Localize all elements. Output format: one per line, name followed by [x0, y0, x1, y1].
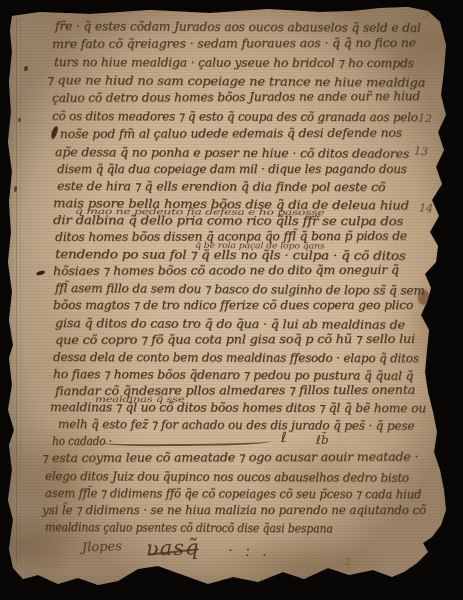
margin-number-14: 14 — [419, 202, 434, 216]
manuscript-line: cõ os ditos meadores ⁊ q̃ esto q̃ coupa … — [52, 110, 418, 124]
corner-mark: 2 — [345, 558, 351, 568]
manuscript-line: turs no hiue mealdiga · çaluo yseue ho b… — [54, 56, 414, 70]
manuscript-line: mre fato cõ q̃reiagres · sedam fuoraues … — [52, 37, 416, 51]
manuscript-line: este de hira ⁊ q̃ ells erendion q̃ dia f… — [57, 180, 385, 194]
manuscript-page: fr̃e · q̃ estes cõdam Jurados aos oucos … — [0, 0, 463, 600]
manuscript-line: asem ffl̃e ⁊ didimens ffõ q̃e cõ copeiag… — [45, 487, 421, 501]
manuscript-line: ⁊ que ne hiud no sam copeiage ne trance … — [47, 74, 425, 89]
manuscript-line: mealdinas ⁊ q̃l uo cõ ditos bõos homes d… — [50, 401, 426, 415]
folio-number: 3 — [423, 10, 429, 21]
photo-background: fr̃e · q̃ estes cõdam Jurados aos oucos … — [0, 0, 463, 600]
manuscript-line: gisa q̃ ditos do caso tro q̃ do q̃ua · q… — [55, 317, 405, 331]
manuscript-line: melh q̃ esto fez̃ ⁊ for achado ou des di… — [58, 418, 414, 432]
divider-glyph-right: ℓb̃ — [316, 433, 329, 447]
manuscript-line: fr̃e · q̃ estes cõdam Jurados aos oucos … — [55, 20, 421, 34]
manuscript-line: hõsiaes ⁊ homes bõos cõ acodo ne do dito… — [53, 264, 399, 278]
ink-blot — [36, 270, 46, 276]
manuscript-line: elego ditos Juiz dou q̃upinco nos oucos … — [45, 470, 409, 484]
margin-number-13: 13 — [414, 145, 429, 159]
pen-divider-stroke — [103, 437, 271, 447]
sewing-speck — [18, 118, 21, 122]
manuscript-line: ap̃e dessa q̃ no ponha e poser ne hiue ·… — [55, 146, 409, 160]
manuscript-line: ysi l̃e ⁊ didimens · se ne hiua malizia … — [42, 504, 426, 517]
manuscript-line: ⁊ esta coyma leue cõ ameatade ⁊ ogo acus… — [42, 451, 418, 465]
manuscript-line: ffl̃ asem fillo da sem dou ⁊ basco do su… — [55, 282, 425, 297]
manuscript-line: dir dalbina q̃ dello pria como rico q̃ll… — [53, 214, 403, 228]
margin-number-12: 12 — [418, 112, 433, 126]
manuscript-line: bõos magtos ⁊ de tro ndico fferize cõ du… — [53, 299, 413, 312]
rubric-dots: · ∶ · — [227, 541, 272, 565]
sewing-speck — [24, 66, 28, 71]
manuscript-line: çaluo cõ detro dous homes bõos Jurados n… — [52, 90, 420, 104]
manuscript-line: mealdinas çaluo psentes cõ ditrocõ dise … — [45, 521, 333, 535]
manuscript-line: tendendo po sua fol ⁊ q̃ ells no q̃ls · … — [55, 248, 406, 262]
manuscript-line: que cõ copro ⁊ fõ q̃ua cota pnl gisa soq… — [55, 333, 415, 347]
manuscript-line: disem q̃ q̃la dua copeiage dam mil · diq… — [57, 163, 407, 176]
manuscript-line: dessa dela de conto bem dos mealdinas ff… — [53, 351, 419, 365]
manuscript-line: ho fiaes ⁊ homes bõos q̃denaro ⁊ pedou p… — [53, 368, 413, 382]
gutter-fold-line — [16, 18, 17, 563]
signature-name: Jlopes — [82, 539, 122, 555]
manuscript-line: ⁊ nos̃e pod fm̃ al çaluo udede edemais q… — [50, 127, 402, 141]
divider-glyph-left: ℓ — [281, 430, 287, 446]
